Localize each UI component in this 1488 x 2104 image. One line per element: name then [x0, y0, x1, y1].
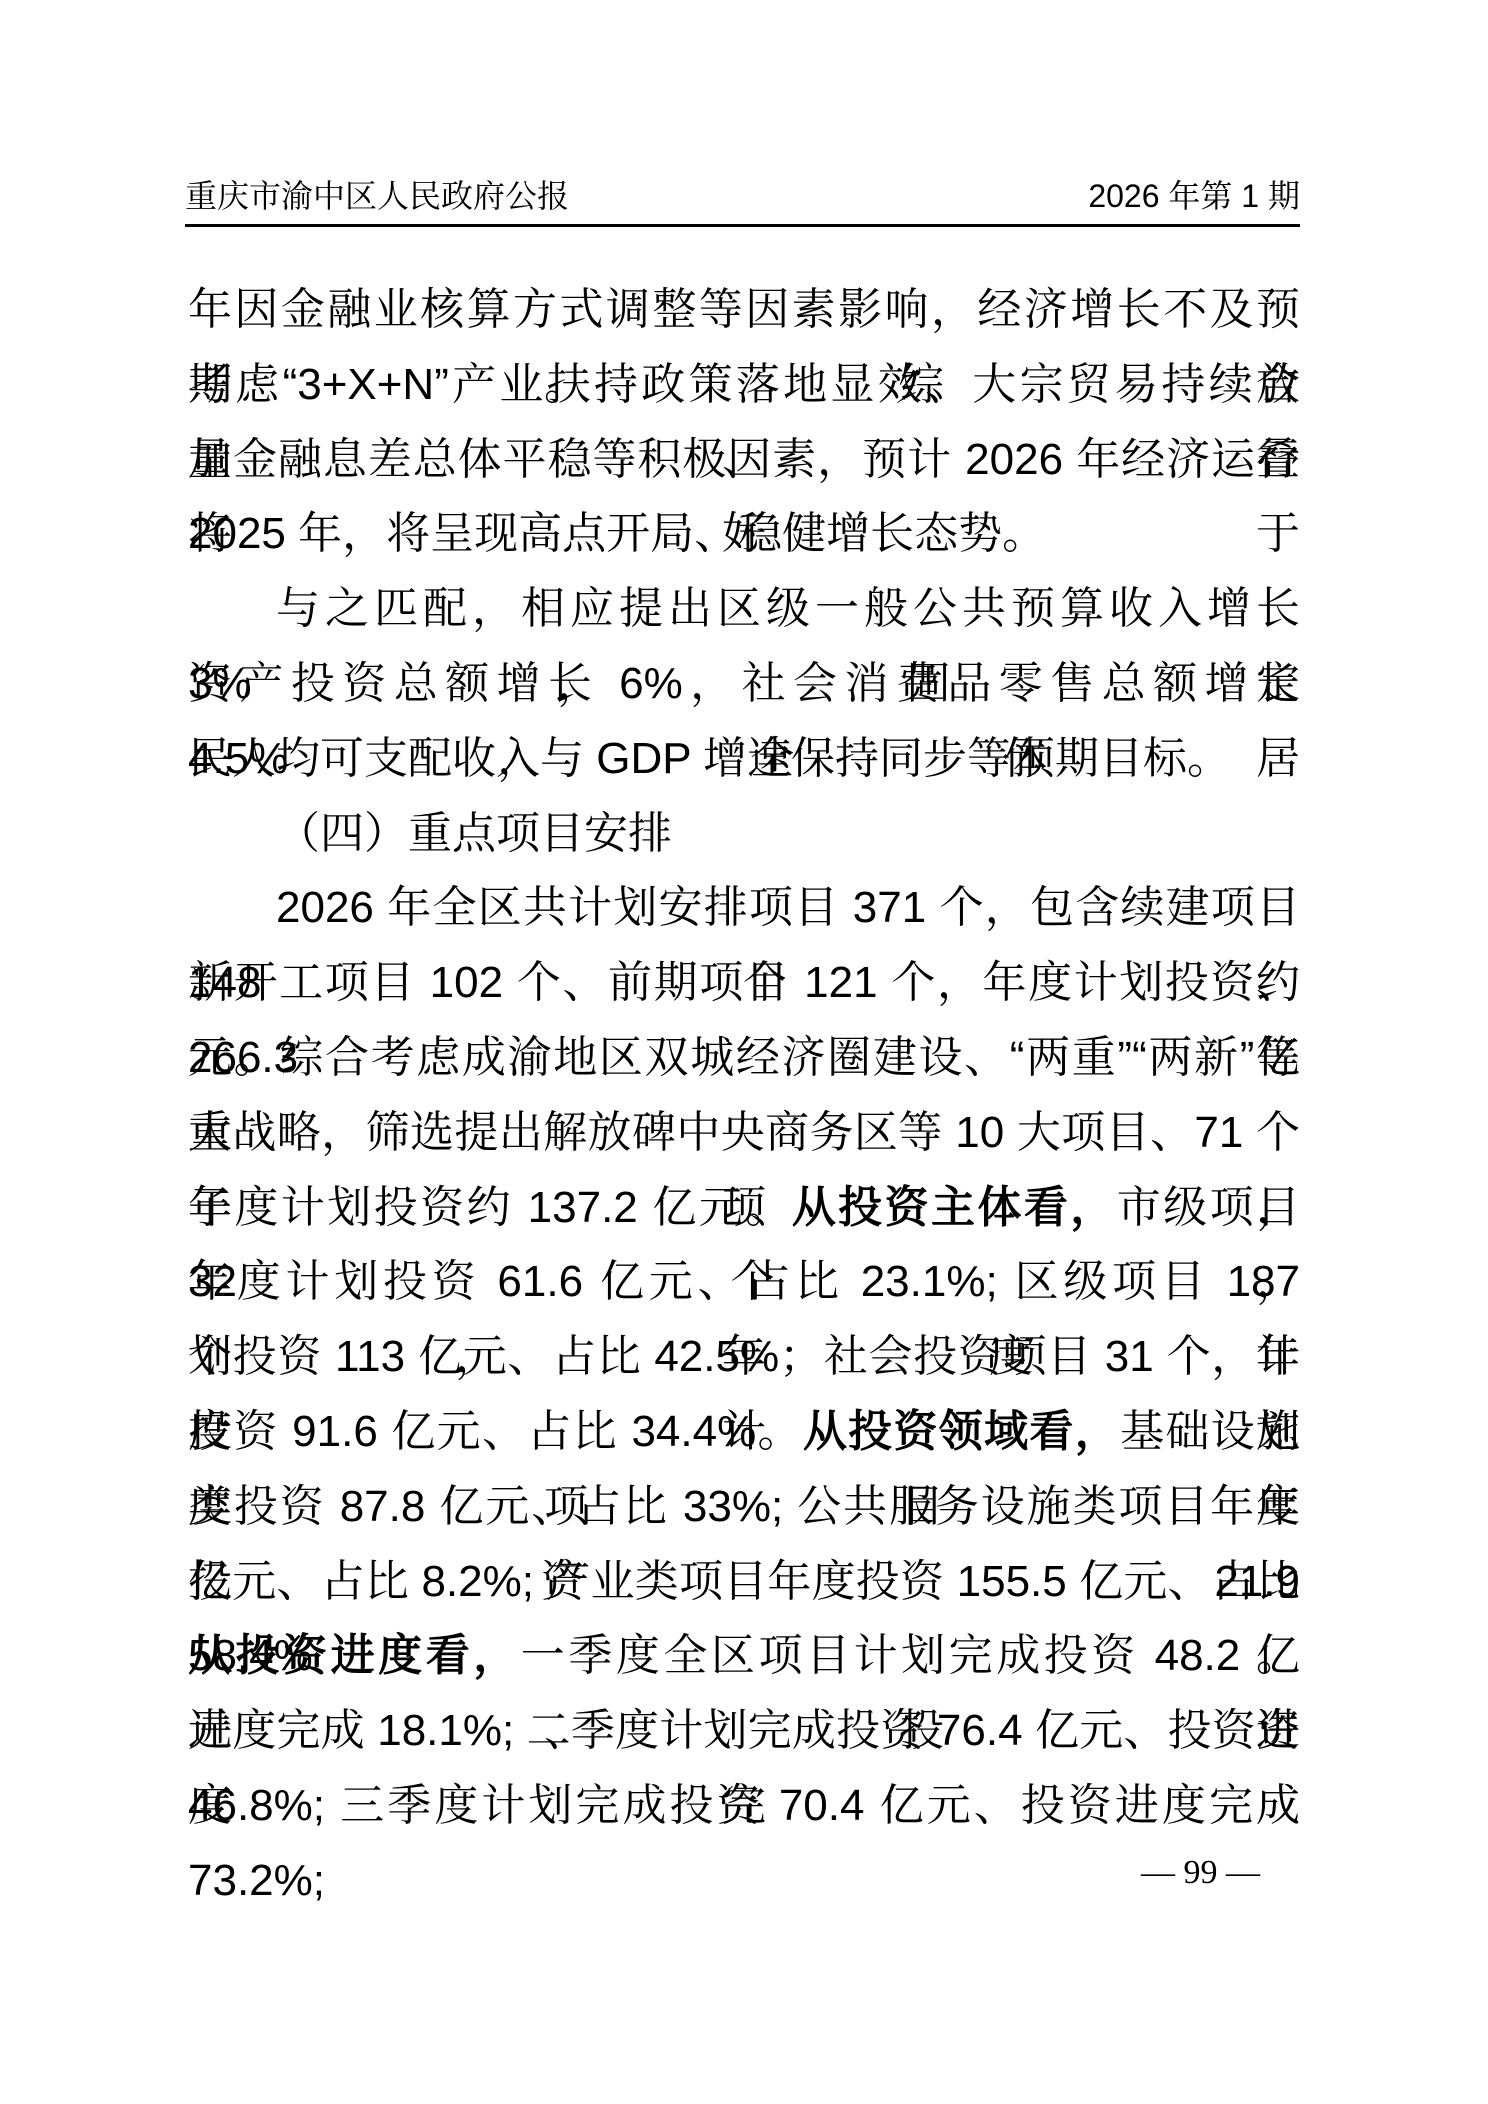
document-body: 年因金融业核算方式调整等因素影响，经济增长不及预期。综合考虑“3+X+N”产业扶…: [188, 273, 1300, 1844]
text-run: 年度计划投资约 137.2 亿元。: [188, 1183, 792, 1232]
body-line: 与之匹配，相应提出区级一般公共预算收入增长 3%，固定: [188, 572, 1300, 647]
issue-label: 2026 年第 1 期: [1088, 178, 1300, 214]
bold-emphasis-run: 从投资进度看，: [188, 1631, 521, 1680]
body-line: 加金融息差总体平稳等积极因素，预计 2026 年经济运行将好于: [188, 423, 1300, 498]
body-line: 考虑“3+X+N”产业扶持政策落地显效、大宗贸易持续放量、叠: [188, 348, 1300, 423]
body-line: 从投资进度看，一季度全区项目计划完成投资 48.2 亿元、投资: [188, 1619, 1300, 1694]
journal-title: 重庆市渝中区人民政府公报: [185, 178, 569, 214]
body-line: 民人均可支配收入与 GDP 增速保持同步等预期目标。: [188, 722, 1300, 797]
body-line: 亿元、占比 8.2%; 产业类项目年度投资 155.5 亿元、占比 58.4%。: [188, 1545, 1300, 1620]
body-line: 年因金融业核算方式调整等因素影响，经济增长不及预期。综合: [188, 273, 1300, 348]
body-line: 划投资 113 亿元、占比 42.5%；社会投资项目 31 个，年度计划: [188, 1320, 1300, 1395]
body-line: 资产投资总额增长 6%，社会消费品零售总额增长 4.5%，全体居: [188, 647, 1300, 722]
text-run: 民人均可支配收入与 GDP 增速保持同步等预期目标。: [188, 734, 1231, 783]
bold-emphasis-run: 从投资领域看，: [803, 1407, 1120, 1456]
body-line: （四）重点项目安排: [188, 797, 1300, 872]
body-line: 46.8%; 三季度计划完成投资 70.4 亿元、投资进度完成 73.2%;: [188, 1769, 1300, 1844]
body-line: 年度计划投资 61.6 亿元、占比 23.1%; 区级项目 187 个，年度计: [188, 1245, 1300, 1320]
body-line: 大战略，筛选提出解放碑中央商务区等 10 大项目、71 个子项，: [188, 1096, 1300, 1171]
text-run: （四）重点项目安排: [276, 809, 672, 858]
text-run: 2025 年，将呈现高点开局、稳健增长态势。: [188, 509, 1046, 558]
body-line: 2026 年全区共计划安排项目 371 个，包含续建项目 148 个、: [188, 871, 1300, 946]
body-line: 年度计划投资约 137.2 亿元。从投资主体看，市级项目 32 个，: [188, 1171, 1300, 1246]
body-line: 进度完成 18.1%; 二季度计划完成投资 76.4 亿元、投资进度完成: [188, 1694, 1300, 1769]
page-number: — 99 —: [1141, 1853, 1260, 1893]
body-line: 度投资 87.8 亿元、占比 33%; 公共服务设施类项目年度投资 21.9: [188, 1470, 1300, 1545]
body-line: 投资 91.6 亿元、占比 34.4%。从投资领域看，基础设施类项目年: [188, 1395, 1300, 1470]
body-line: 元。综合考虑成渝地区双城经济圈建设、“两重”“两新”等重: [188, 1021, 1300, 1096]
text-run: 投资 91.6 亿元、占比 34.4%。: [188, 1407, 803, 1456]
gazette-page: 重庆市渝中区人民政府公报 2026 年第 1 期 年因金融业核算方式调整等因素影…: [0, 0, 1488, 2104]
bold-emphasis-run: 从投资主体看，: [792, 1183, 1117, 1232]
body-line: 新开工项目 102 个、前期项目 121 个，年度计划投资约 266.3 亿: [188, 946, 1300, 1021]
text-run: 46.8%; 三季度计划完成投资 70.4 亿元、投资进度完成 73.2%;: [188, 1781, 1300, 1905]
page-header: 重庆市渝中区人民政府公报 2026 年第 1 期: [185, 178, 1300, 227]
